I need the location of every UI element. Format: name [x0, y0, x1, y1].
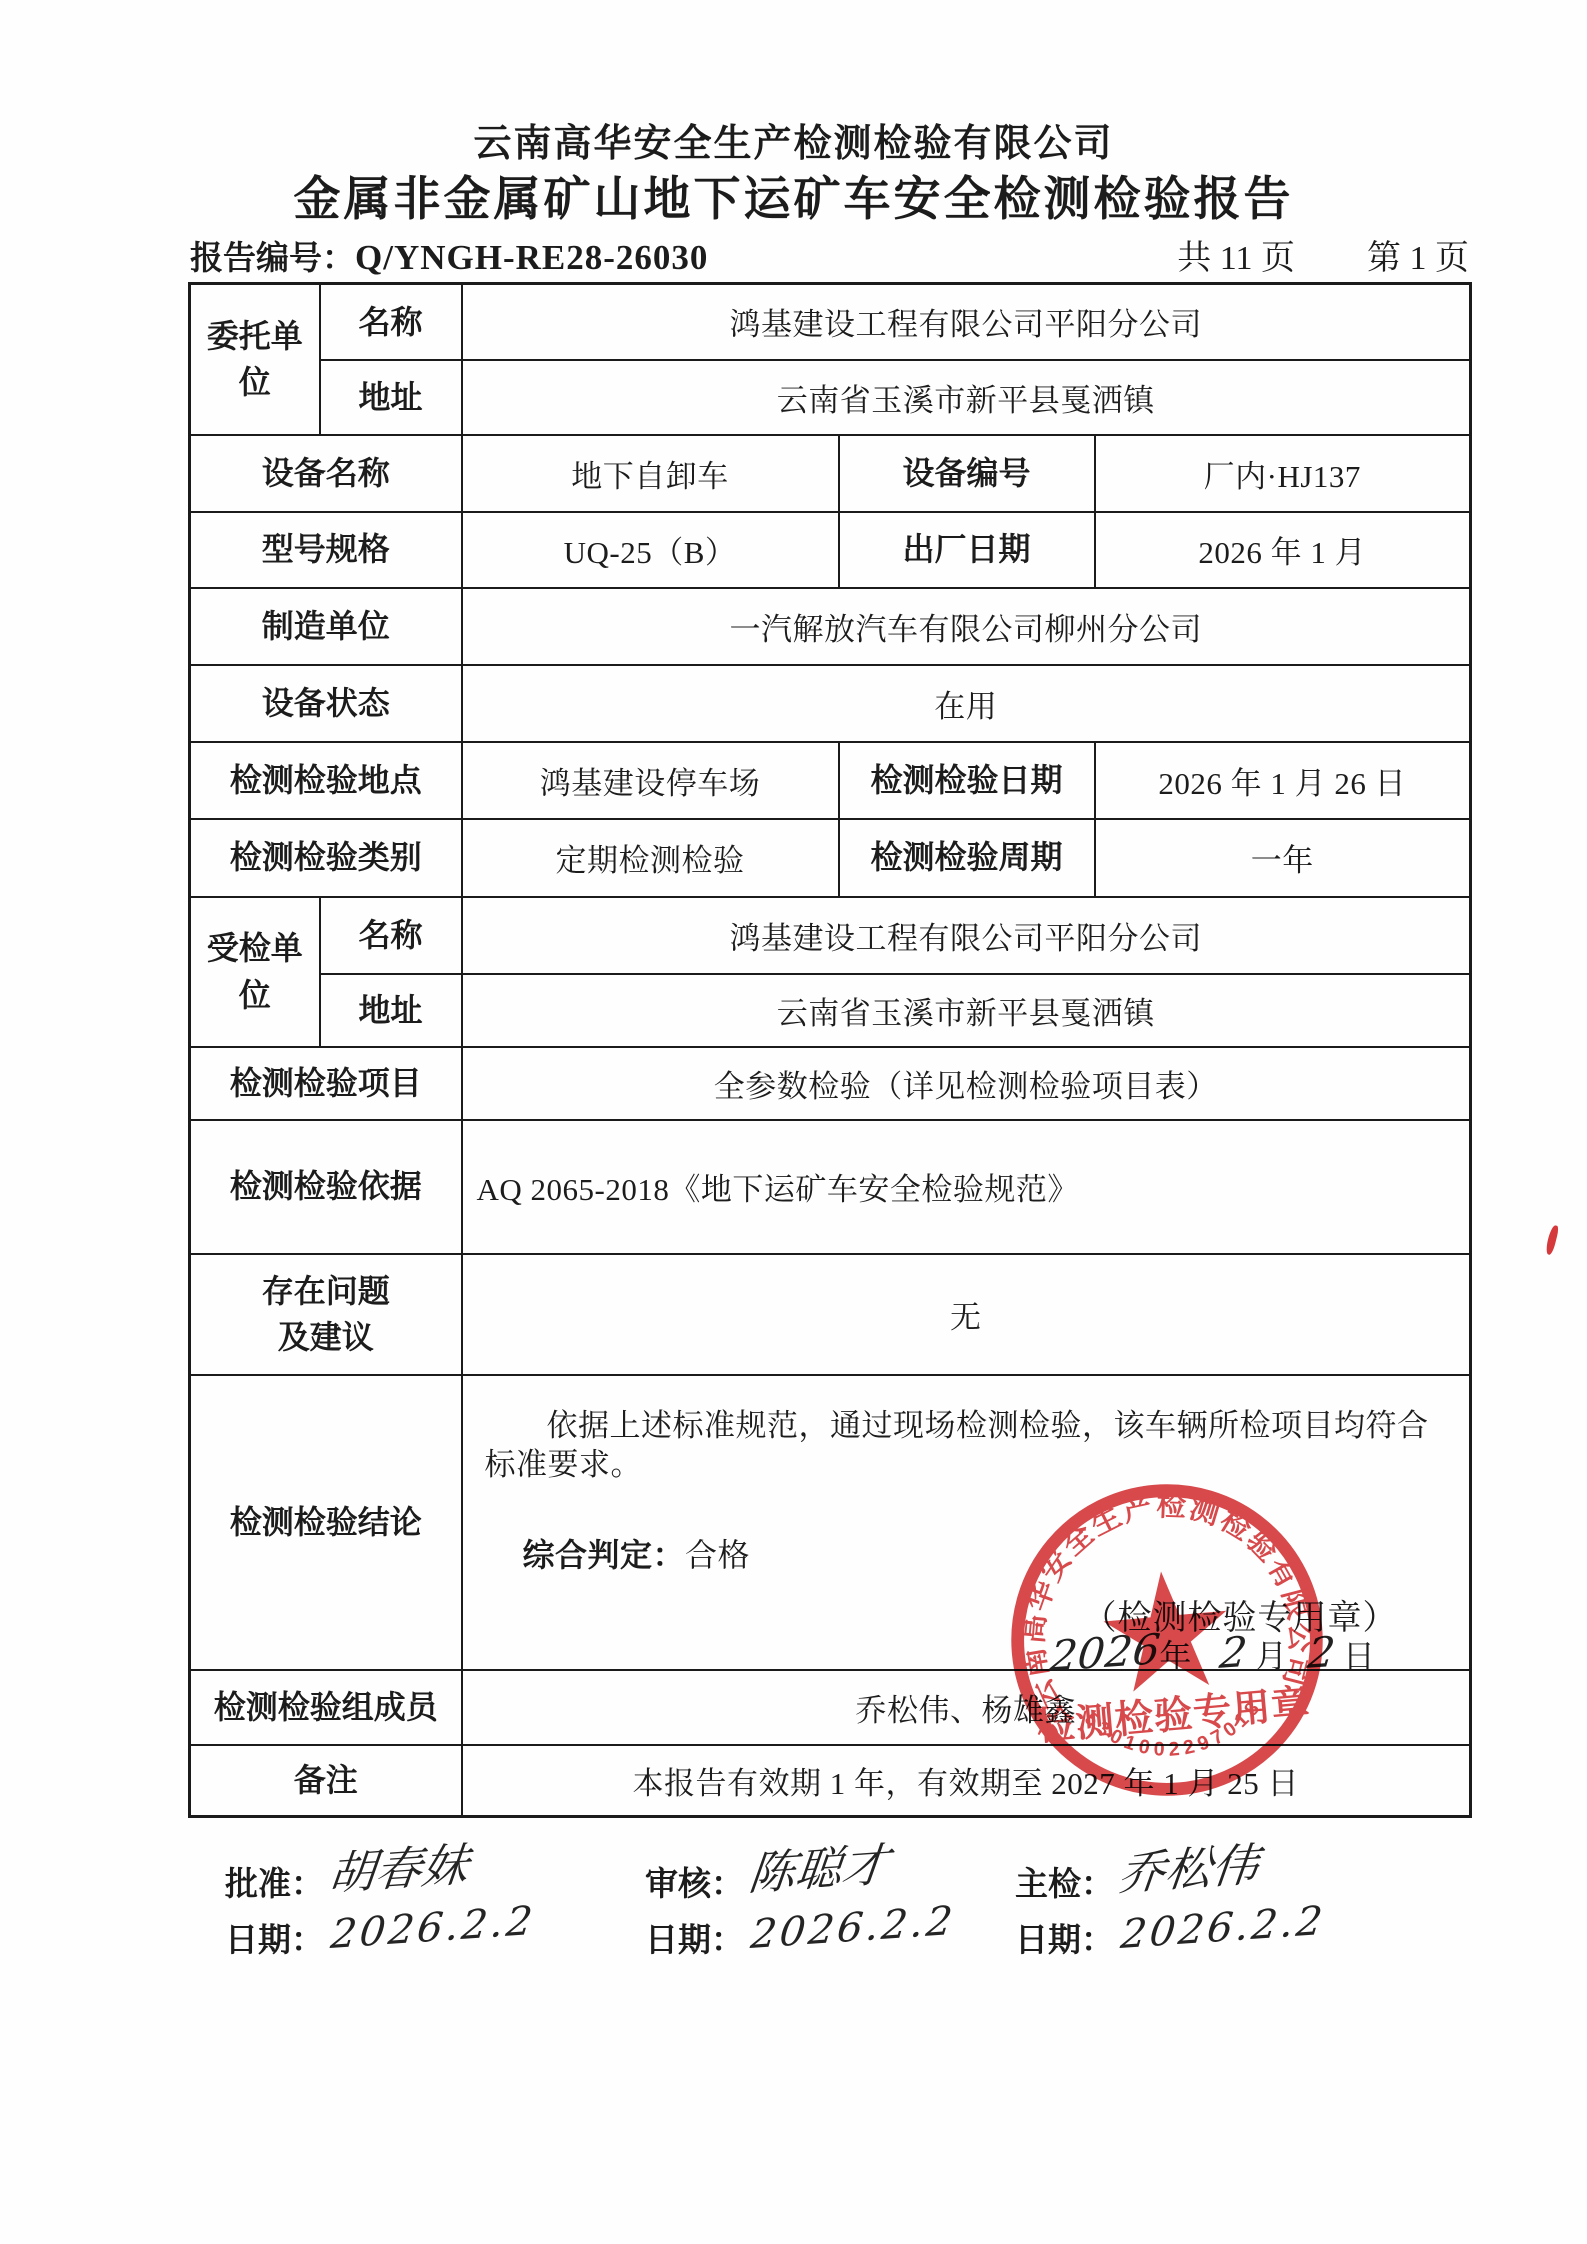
model-label: 型号规格 — [190, 512, 462, 588]
client-address-value: 云南省玉溪市新平县戛洒镇 — [462, 360, 1471, 435]
inspection-place-value: 鸿基建设停车场 — [462, 742, 839, 819]
conclusion-cell: 依据上述标准规范，通过现场检测检验，该车辆所检项目均符合标准要求。 综合判定：合… — [462, 1375, 1471, 1670]
table-row: 地址 云南省玉溪市新平县戛洒镇 — [190, 360, 1471, 435]
mfg-date-label: 出厂日期 — [839, 512, 1095, 588]
chief-label: 主检： — [1015, 1865, 1114, 1902]
year-unit: 年 — [1159, 1638, 1192, 1670]
table-row: 委托单位 名称 鸿基建设工程有限公司平阳分公司 — [190, 284, 1471, 360]
report-page: 云南高华安全生产检测检验有限公司 金属非金属矿山地下运矿车安全检测检验报告 报告… — [0, 0, 1587, 2244]
chief-signature-block: 主检：乔松伟 日期：2026.2.2 — [1015, 1833, 1435, 1977]
client-name-label: 名称 — [320, 284, 462, 360]
chief-date: 2026.2.2 — [1119, 1898, 1328, 1958]
table-row: 备注 本报告有效期 1 年，有效期至 2027 年 1 月 25 日 — [190, 1745, 1471, 1817]
report-title: 金属非金属矿山地下运矿车安全检测检验报告 — [0, 162, 1587, 229]
problems-label-line2: 及建议 — [199, 1314, 453, 1360]
inspected-name-label: 名称 — [320, 897, 462, 974]
approve-label: 批准： — [225, 1865, 324, 1902]
basis-value: AQ 2065-2018《地下运矿车安全检验规范》 — [462, 1120, 1471, 1254]
table-row: 检测检验项目 全参数检验（详见检测检验项目表） — [190, 1047, 1471, 1120]
inspected-group-label: 受检单位 — [190, 897, 320, 1047]
conclusion-paragraph: 依据上述标准规范，通过现场检测检验，该车辆所检项目均符合标准要求。 — [485, 1406, 1446, 1484]
inspection-category-label: 检测检验类别 — [190, 819, 462, 897]
review-label: 审核： — [645, 1865, 744, 1902]
review-signature-block: 审核：陈聪才 日期：2026.2.2 — [645, 1833, 1065, 1977]
verdict-label: 综合判定： — [523, 1537, 686, 1573]
table-row: 受检单位 名称 鸿基建设工程有限公司平阳分公司 — [190, 897, 1471, 974]
table-row: 设备状态 在用 — [190, 665, 1471, 742]
report-number-label: 报告编号： — [190, 239, 355, 276]
page-count: 共 11 页 第 1 页 — [1177, 230, 1469, 279]
basis-label: 检测检验依据 — [190, 1120, 462, 1254]
status-label: 设备状态 — [190, 665, 462, 742]
review-signature: 陈聪才 — [746, 1828, 892, 1903]
report-number-value: Q/YNGH-RE28-26030 — [355, 238, 708, 277]
inspection-date-label: 检测检验日期 — [839, 742, 1095, 819]
day-unit: 日 — [1343, 1638, 1376, 1670]
conclusion-date-year: 2026 — [1047, 1624, 1162, 1670]
members-value: 乔松伟、杨雄鑫 — [462, 1670, 1471, 1745]
verdict-value: 合格 — [685, 1537, 750, 1573]
inspection-cycle-value: 一年 — [1095, 819, 1471, 897]
status-value: 在用 — [462, 665, 1471, 742]
client-group-label: 委托单位 — [190, 284, 320, 435]
inspected-address-value: 云南省玉溪市新平县戛洒镇 — [462, 974, 1471, 1047]
client-address-label: 地址 — [320, 360, 462, 435]
inspected-name-value: 鸿基建设工程有限公司平阳分公司 — [462, 897, 1471, 974]
company-name: 云南高华安全生产检测检验有限公司 — [0, 112, 1587, 167]
report-meta-row: 报告编号：Q/YNGH-RE28-26030 共 11 页 第 1 页 — [190, 230, 1469, 279]
device-name-label: 设备名称 — [190, 435, 462, 512]
total-pages: 共 11 页 — [1177, 230, 1295, 279]
manufacturer-label: 制造单位 — [190, 588, 462, 665]
remark-value: 本报告有效期 1 年，有效期至 2027 年 1 月 25 日 — [462, 1745, 1471, 1817]
inspection-cycle-label: 检测检验周期 — [839, 819, 1095, 897]
table-row: 地址 云南省玉溪市新平县戛洒镇 — [190, 974, 1471, 1047]
inspection-category-value: 定期检测检验 — [462, 819, 839, 897]
report-number: 报告编号：Q/YNGH-RE28-26030 — [190, 232, 708, 279]
inspection-place-label: 检测检验地点 — [190, 742, 462, 819]
table-row: 型号规格 UQ-25（B） 出厂日期 2026 年 1 月 — [190, 512, 1471, 588]
review-date: 2026.2.2 — [749, 1898, 958, 1958]
conclusion-label: 检测检验结论 — [190, 1375, 462, 1670]
table-row: 检测检验结论 依据上述标准规范，通过现场检测检验，该车辆所检项目均符合标准要求。… — [190, 1375, 1471, 1670]
conclusion-date-month: 2 — [1217, 1627, 1250, 1670]
manufacturer-value: 一汽解放汽车有限公司柳州分公司 — [462, 588, 1471, 665]
approve-signature: 胡春妹 — [326, 1828, 472, 1903]
client-name-value: 鸿基建设工程有限公司平阳分公司 — [462, 284, 1471, 360]
month-unit: 月 — [1255, 1638, 1288, 1670]
chief-signature: 乔松伟 — [1116, 1828, 1262, 1903]
table-row: 检测检验类别 定期检测检验 检测检验周期 一年 — [190, 819, 1471, 897]
members-label: 检测检验组成员 — [190, 1670, 462, 1745]
problems-label: 存在问题 及建议 — [190, 1254, 462, 1375]
device-no-value: 厂内·HJ137 — [1095, 435, 1471, 512]
table-row: 制造单位 一汽解放汽车有限公司柳州分公司 — [190, 588, 1471, 665]
conclusion-verdict-line: 综合判定：合格 — [523, 1530, 1462, 1576]
problems-value: 无 — [462, 1254, 1471, 1375]
device-name-value: 地下自卸车 — [462, 435, 839, 512]
conclusion-date: 2026年2月2日 — [1051, 1628, 1376, 1670]
conclusion-date-day: 2 — [1305, 1627, 1338, 1670]
table-row: 检测检验依据 AQ 2065-2018《地下运矿车安全检验规范》 — [190, 1120, 1471, 1254]
approve-date: 2026.2.2 — [329, 1898, 538, 1958]
approve-signature-block: 批准：胡春妹 日期：2026.2.2 — [225, 1833, 645, 1977]
table-row: 检测检验地点 鸿基建设停车场 检测检验日期 2026 年 1 月 26 日 — [190, 742, 1471, 819]
items-value: 全参数检验（详见检测检验项目表） — [462, 1047, 1471, 1120]
table-row: 检测检验组成员 乔松伟、杨雄鑫 — [190, 1670, 1471, 1745]
table-row: 存在问题 及建议 无 — [190, 1254, 1471, 1375]
model-value: UQ-25（B） — [462, 512, 839, 588]
chief-date-label: 日期： — [1015, 1921, 1114, 1958]
device-no-label: 设备编号 — [839, 435, 1095, 512]
inspection-date-value: 2026 年 1 月 26 日 — [1095, 742, 1471, 819]
problems-label-line1: 存在问题 — [199, 1268, 453, 1314]
current-page: 第 1 页 — [1367, 230, 1469, 279]
red-ink-mark — [1544, 1224, 1559, 1255]
mfg-date-value: 2026 年 1 月 — [1095, 512, 1471, 588]
table-row: 设备名称 地下自卸车 设备编号 厂内·HJ137 — [190, 435, 1471, 512]
review-date-label: 日期： — [645, 1921, 744, 1958]
approve-date-label: 日期： — [225, 1921, 324, 1958]
inspected-address-label: 地址 — [320, 974, 462, 1047]
report-table: 委托单位 名称 鸿基建设工程有限公司平阳分公司 地址 云南省玉溪市新平县戛洒镇 … — [188, 282, 1472, 1818]
items-label: 检测检验项目 — [190, 1047, 462, 1120]
remark-label: 备注 — [190, 1745, 462, 1817]
